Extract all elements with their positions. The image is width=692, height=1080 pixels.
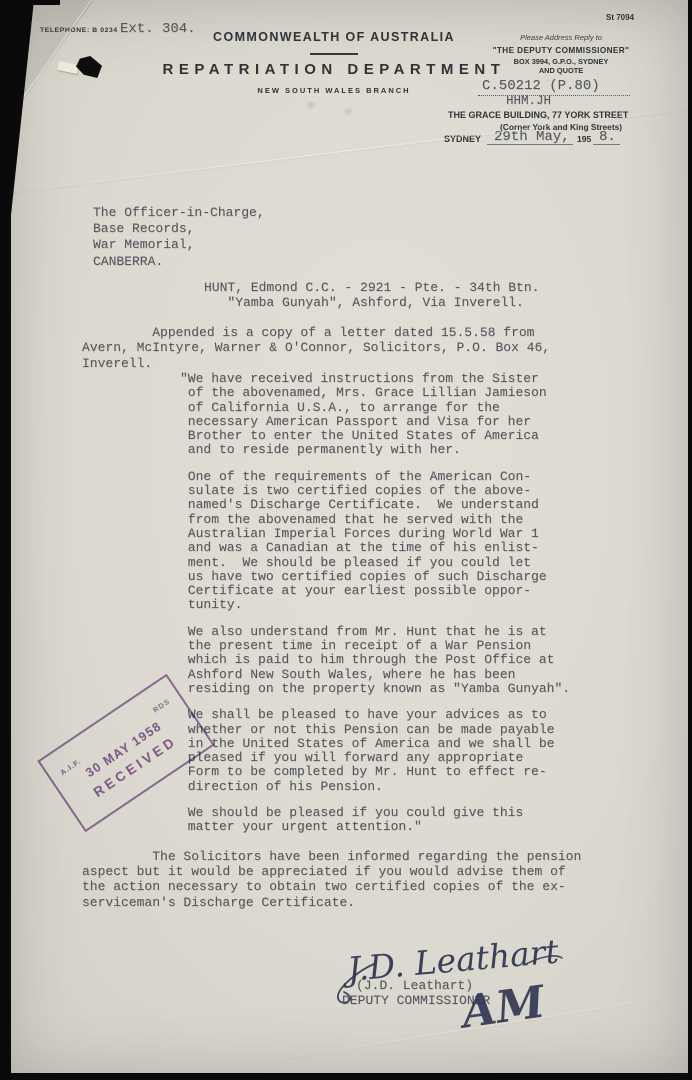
paper-blemish xyxy=(344,108,353,115)
file-initials: HHM.JH xyxy=(506,94,551,108)
reply-addressee: "THE DEPUTY COMMISSIONER" xyxy=(470,46,652,55)
quoted-letter-block: "We have received instructions from the … xyxy=(180,372,570,847)
department-title: REPATRIATION DEPARTMENT xyxy=(154,61,514,78)
reply-note: Please Address Reply to xyxy=(470,33,652,42)
quoted-paragraph: We should be pleased if you could give t… xyxy=(180,806,570,835)
closing-paragraph: The Solicitors have been informed regard… xyxy=(82,849,581,910)
subject-line: HUNT, Edmond C.C. - 2921 - Pte. - 34th B… xyxy=(204,281,539,311)
scanned-letter: TELEPHONE: B 0234 Ext. 304. St 7094 COMM… xyxy=(0,0,692,1080)
year-printed: 195 xyxy=(577,134,591,144)
form-number: St 7094 xyxy=(606,13,634,22)
quoted-paragraph: "We have received instructions from the … xyxy=(180,372,570,458)
opening-paragraph: Appended is a copy of a letter dated 15.… xyxy=(82,325,550,371)
quoted-paragraph: We also understand from Mr. Hunt that he… xyxy=(180,625,570,696)
file-reference: C.50212 (P.80) xyxy=(482,78,600,94)
torn-tape-fragment xyxy=(57,61,78,74)
file-reference-underline xyxy=(478,94,630,96)
branch-subtitle: NEW SOUTH WALES BRANCH xyxy=(184,86,484,95)
ink-blot-mark xyxy=(76,56,102,78)
stamp-org-left: A.I.F. xyxy=(58,757,83,778)
scan-edge-right xyxy=(688,0,692,1080)
title-rule xyxy=(310,53,358,55)
stamp-org-right: RDS xyxy=(151,697,172,715)
scan-edge-bottom xyxy=(0,1073,692,1080)
countersign-initials: AM xyxy=(459,976,548,1038)
recipient-address: The Officer-in-Charge, Base Records, War… xyxy=(93,205,265,270)
letter-paper: TELEPHONE: B 0234 Ext. 304. St 7094 COMM… xyxy=(0,0,692,1080)
paper-blemish xyxy=(306,101,316,109)
reply-box: BOX 3994, G.P.O., SYDNEY xyxy=(470,57,652,66)
scan-edge-notch xyxy=(28,0,60,5)
year-underline xyxy=(593,144,620,145)
signatory-typed-name: (J.D. Leathart) xyxy=(356,979,473,994)
commonwealth-title: COMMONWEALTH OF AUSTRALIA xyxy=(184,30,484,44)
quoted-paragraph: We shall be pleased to have your advices… xyxy=(180,708,570,794)
year-typed: 8. xyxy=(599,129,616,145)
quoted-paragraph: One of the requirements of the American … xyxy=(180,470,570,613)
reply-quote: AND QUOTE xyxy=(470,66,652,75)
date-underline xyxy=(487,144,573,145)
